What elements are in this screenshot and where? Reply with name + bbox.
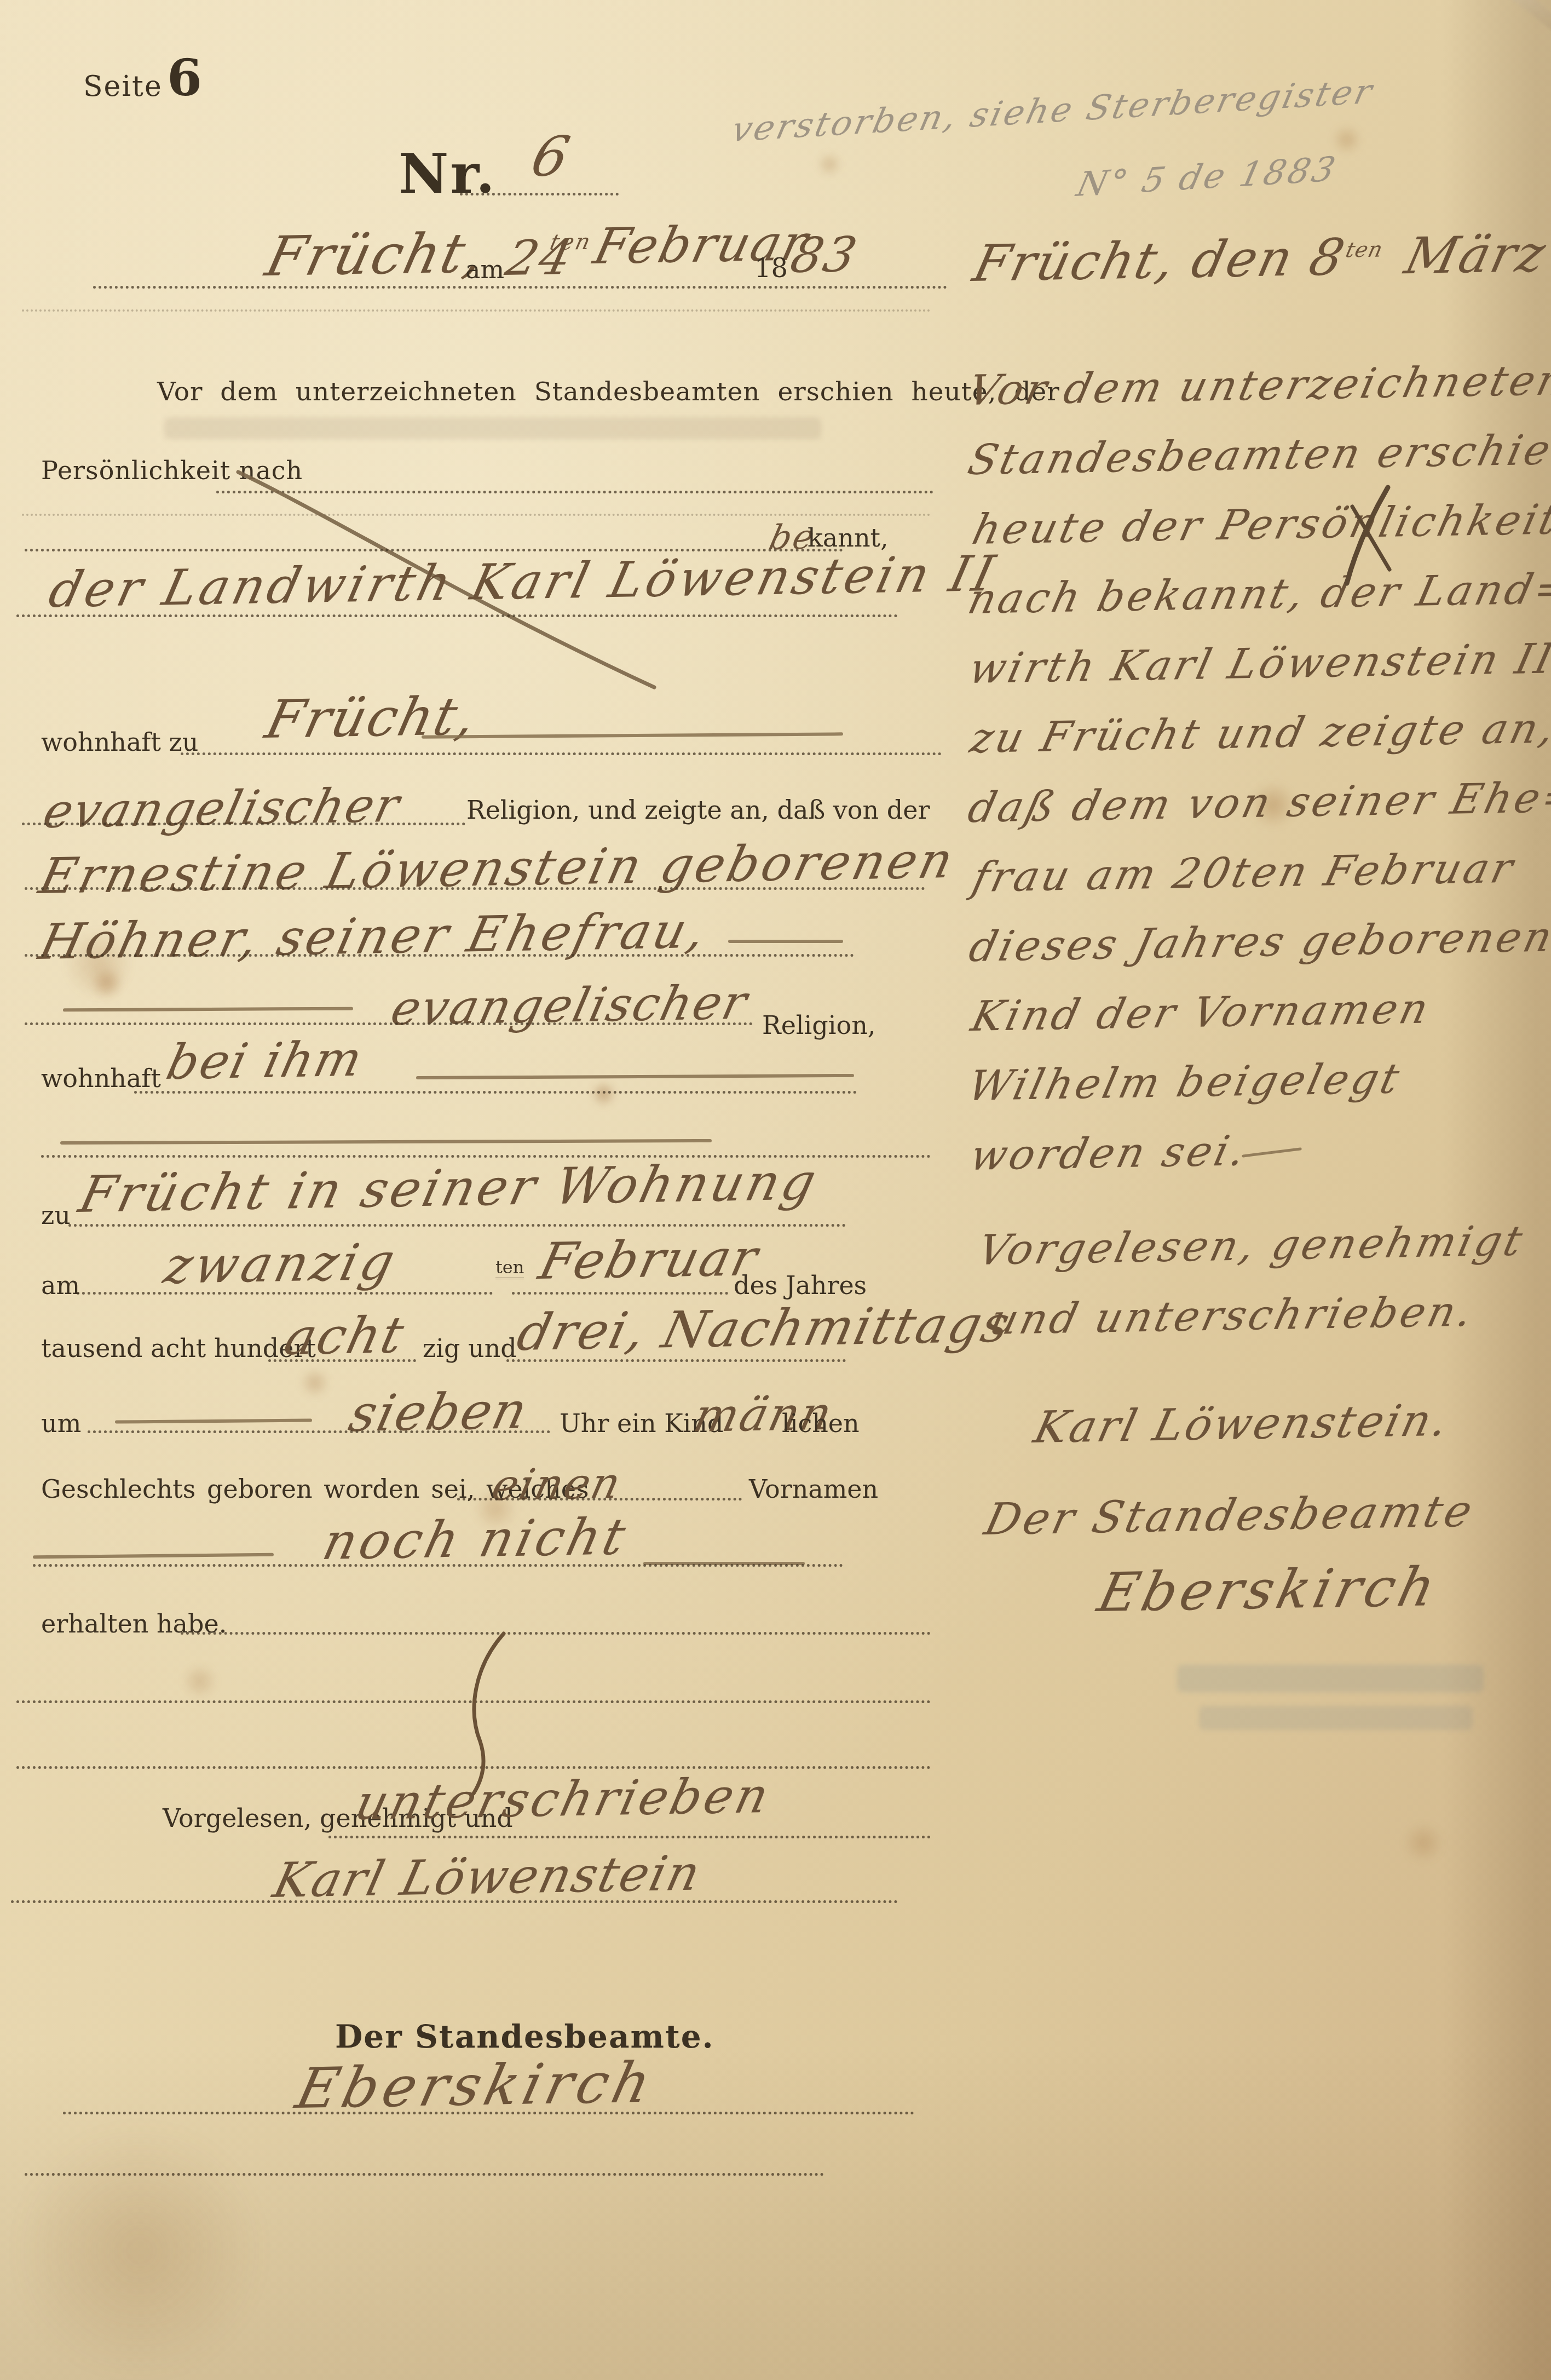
- marginal-text-line: heute der Persönlichkeit: [968, 495, 1551, 554]
- entry-declarant: der Landwirth Karl Löwenstein II: [44, 545, 1003, 619]
- form-vornamen: Vornamen: [749, 1474, 878, 1504]
- fill-line: [460, 193, 619, 196]
- form-um: um: [41, 1409, 81, 1438]
- entry-birth-day: zwanzig: [159, 1233, 403, 1295]
- form-religion-1: Religion, und zeigte an, daß von der: [466, 795, 930, 825]
- marginal-signature-declarant: Karl Löwenstein.: [1029, 1395, 1455, 1453]
- marginal-text-line: Standesbeamten erschien: [964, 425, 1551, 484]
- fill-line: [134, 1091, 857, 1094]
- form-am: am: [41, 1271, 80, 1300]
- marginal-signature-registrar: Eberskirch: [1092, 1556, 1445, 1624]
- fill-line: [506, 1359, 846, 1362]
- form-zu: zu: [41, 1200, 71, 1230]
- fox-stain: [591, 1082, 616, 1106]
- entry-birth-month: Februar: [534, 1228, 765, 1291]
- fill-line: [328, 1836, 931, 1838]
- fill-line: [63, 2112, 914, 2114]
- registry-document-page: Seite 6 Nr. 6 verstorben, siehe Sterbere…: [0, 0, 1551, 2380]
- fill-line: [512, 1292, 728, 1295]
- fill-line: [181, 1632, 931, 1635]
- fox-stain: [181, 1665, 219, 1698]
- page-number: 6: [167, 48, 202, 107]
- right-date-line: Frücht, den 8ten März 1883: [968, 222, 1551, 293]
- entry-mother-line2: Höhner, seiner Ehefrau,: [34, 902, 713, 971]
- fill-line: [25, 887, 925, 890]
- fill-line: [33, 1564, 843, 1567]
- left-date-day-suffix: ten: [547, 229, 594, 255]
- signature-declarant: Karl Löwenstein: [268, 1845, 707, 1908]
- marginal-registrar-title: Der Standesbeamte: [980, 1486, 1480, 1545]
- left-date-year-hand: 83: [786, 226, 863, 284]
- entry-bei-ihm: bei ihm: [162, 1031, 369, 1090]
- blank-filler-stroke: [422, 732, 843, 738]
- marginal-text-line: daß dem von seiner Ehe=: [964, 773, 1551, 832]
- correction-stroke: [1242, 1147, 1302, 1157]
- form-tausend: tausend acht hundert: [41, 1333, 316, 1363]
- ink-bleed-through: [1199, 1706, 1473, 1730]
- form-wohnhaft: wohnhaft: [41, 1063, 161, 1093]
- fill-line: [93, 286, 947, 289]
- fill-line: [25, 954, 854, 957]
- blank-filler-stroke: [728, 940, 843, 943]
- entry-noch-nicht: noch nicht: [318, 1507, 634, 1571]
- signature-registrar: Eberskirch: [290, 2050, 661, 2122]
- marginal-closing-line: Vorgelesen, genehmigt: [973, 1216, 1530, 1274]
- pencil-margin-note-line2: N° 5 de 1883: [1073, 149, 1341, 204]
- right-date-pre: Frücht, den 8: [968, 228, 1351, 293]
- form-religion-2: Religion,: [762, 1010, 875, 1040]
- marginal-text-line: Vor dem unterzeichneten: [964, 355, 1551, 415]
- marginal-text-line: nach bekannt, der Land=: [964, 564, 1551, 623]
- entry-religion-1: evangelischer: [38, 778, 406, 839]
- fill-line: [22, 309, 931, 312]
- marginal-text-line: frau am 20ten Februar: [968, 843, 1520, 901]
- left-date-am: am: [465, 255, 504, 284]
- fill-line: [11, 1900, 898, 1903]
- fill-line: [22, 823, 465, 825]
- fill-line: [181, 752, 942, 755]
- form-des-jahres: des Jahres: [734, 1271, 867, 1300]
- blank-filler-stroke: [33, 1553, 274, 1559]
- ink-bleed-through: [1177, 1665, 1484, 1692]
- marginal-text-line: dieses Jahres geborenen: [965, 912, 1551, 971]
- form-lichen: lichen: [782, 1409, 860, 1438]
- marginal-text-line: Kind der Vornamen: [967, 984, 1435, 1040]
- form-intro-text: Vor dem unterzeichneten Standesbeamten e…: [157, 377, 1060, 407]
- registrar-title: Der Standesbeamte.: [335, 2018, 714, 2055]
- fill-line: [88, 1430, 550, 1433]
- paper-crease: [1432, 0, 1551, 45]
- form-zig-und: zig und: [423, 1333, 517, 1363]
- fill-line: [268, 1359, 416, 1362]
- fox-stain: [90, 967, 123, 999]
- record-number-label: Nr.: [399, 141, 497, 206]
- marginal-closing-line: und unterschrieben.: [985, 1287, 1480, 1344]
- marginal-text-line: worden sei.: [966, 1126, 1253, 1180]
- fill-line: [457, 1498, 742, 1501]
- fox-stain: [1402, 1824, 1445, 1862]
- entry-year-word2: drei, Nachmittags: [512, 1295, 1017, 1362]
- page-number-label: Seite: [83, 70, 163, 103]
- right-date-suffix: ten: [1344, 237, 1386, 262]
- fill-line: [77, 1292, 493, 1295]
- marginal-text-line: wirth Karl Löwenstein II: [965, 634, 1551, 693]
- form-wohnhaft-zu: wohnhaft zu: [41, 727, 198, 757]
- left-date-year-printed: 18: [754, 253, 788, 284]
- entry-year-word1: acht: [279, 1306, 411, 1366]
- blank-filler-stroke: [60, 1139, 712, 1145]
- fill-line: [68, 1224, 846, 1227]
- fox-stain: [816, 153, 843, 175]
- entry-mother-line1: Ernestine Löwenstein geborenen: [34, 832, 961, 905]
- entry-residence: Frücht,: [260, 685, 483, 750]
- pencil-margin-note-line1: verstorben, siehe Sterberegister: [728, 71, 1378, 150]
- left-date-place: Frücht,: [260, 221, 492, 289]
- form-ten-suffix: ten: [495, 1257, 524, 1279]
- entry-einen: einen: [487, 1459, 627, 1510]
- fox-stain: [298, 1369, 331, 1396]
- entry-religion-2: evangelischer: [386, 975, 754, 1036]
- water-stain: [22, 2125, 257, 2377]
- entry-birth-place: Frücht in seiner Wohnung: [74, 1153, 824, 1224]
- fill-line: [16, 614, 898, 617]
- ink-bleed-through: [164, 417, 821, 439]
- fill-line: [25, 2173, 824, 2176]
- blank-filler-stroke: [115, 1418, 312, 1423]
- marginal-text-line: zu Frücht und zeigte an,: [966, 703, 1551, 762]
- blank-filler-stroke: [63, 1007, 353, 1012]
- right-date-post: März 1883: [1399, 222, 1551, 285]
- entry-unterschrieben: unterschrieben: [350, 1767, 776, 1831]
- marginal-text-line: Wilhelm beigelegt: [964, 1054, 1406, 1110]
- correction-mark: [1336, 482, 1402, 591]
- blank-filler-stroke: [416, 1074, 854, 1079]
- entry-hour: sieben: [344, 1381, 534, 1443]
- fill-line: [25, 1022, 753, 1025]
- record-number-value: 6: [526, 124, 577, 189]
